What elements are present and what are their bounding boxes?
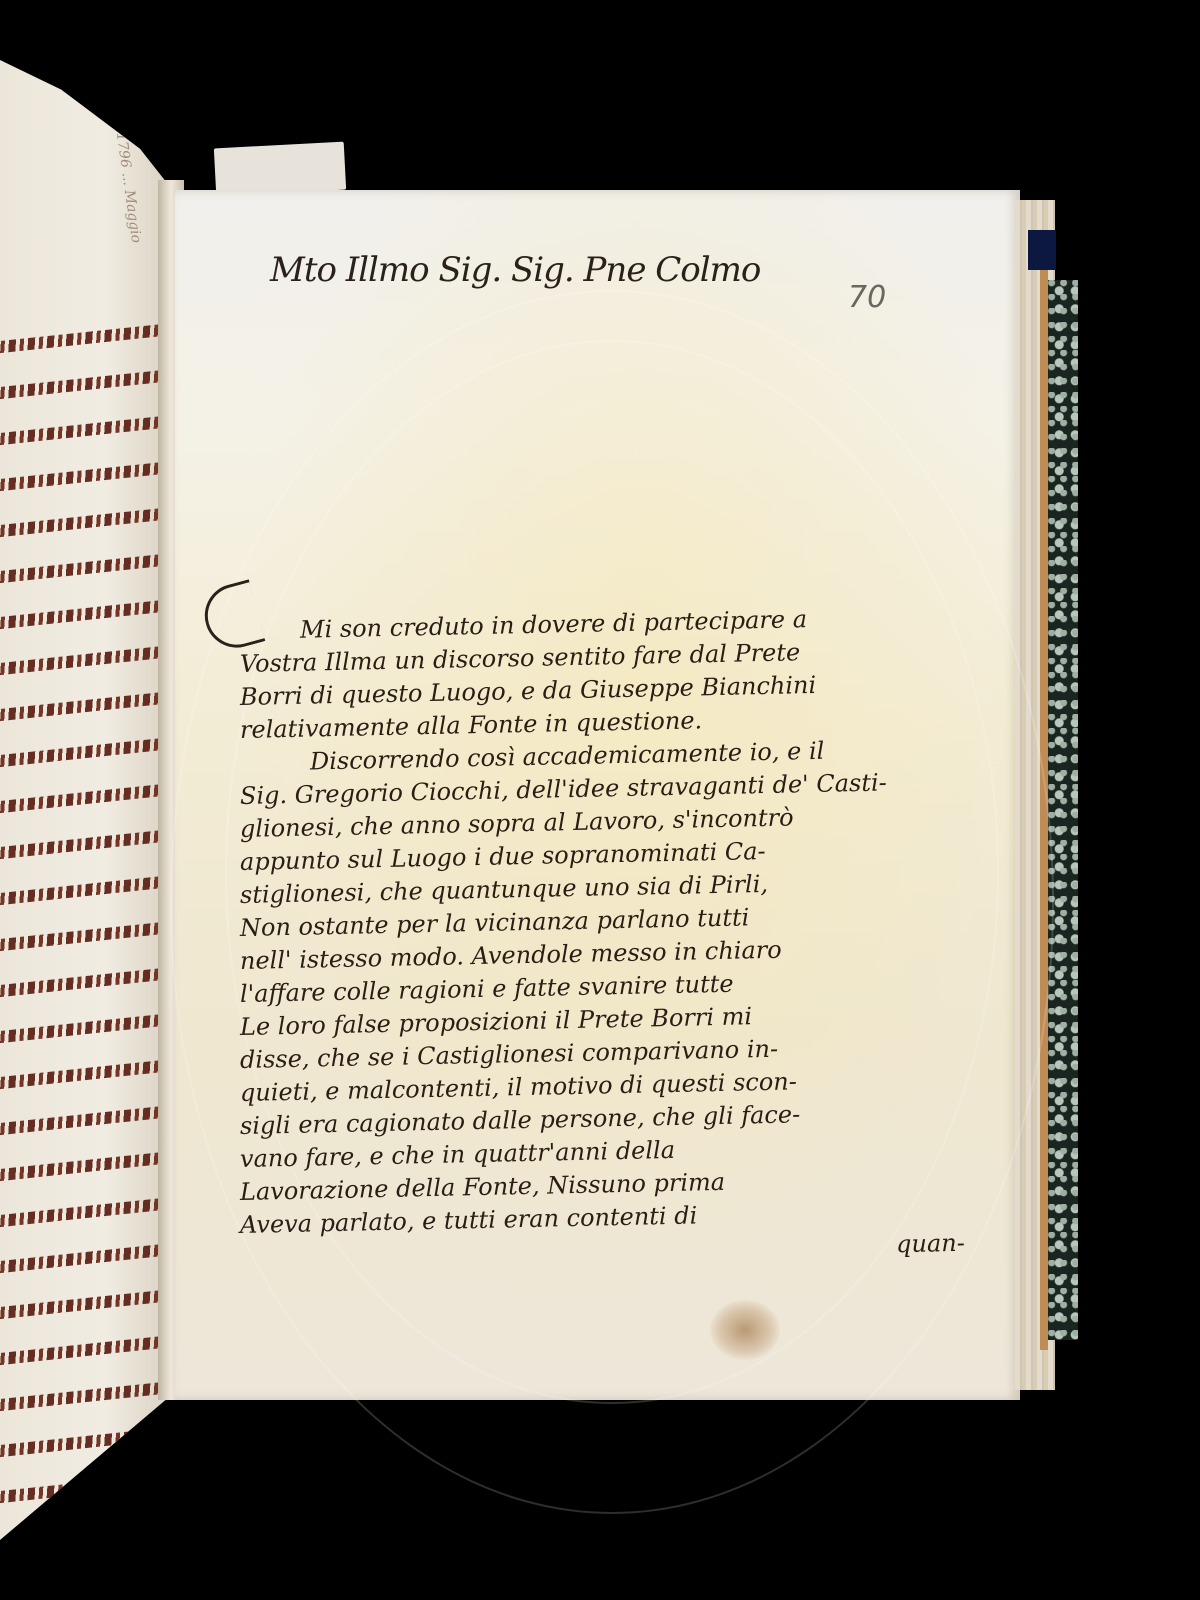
left-page-script-line bbox=[0, 959, 170, 1003]
manuscript-photo: 1796 ... Maggio Mto Illmo Sig. Sig. Pne … bbox=[0, 0, 1200, 1600]
left-page-script-line bbox=[0, 315, 170, 359]
letter-body: Mi son creduto in dovere di partecipare … bbox=[240, 615, 1010, 1275]
paper-tab bbox=[214, 142, 346, 197]
left-page-script-line bbox=[0, 591, 170, 635]
left-page-script-line bbox=[0, 1097, 170, 1141]
left-page-script-line bbox=[0, 729, 170, 773]
left-page-script-line bbox=[0, 1419, 170, 1463]
left-page-script-line bbox=[0, 545, 170, 589]
left-page-script-line bbox=[0, 1005, 170, 1049]
cover-board-corner bbox=[1028, 230, 1056, 270]
left-page-script-line bbox=[0, 775, 170, 819]
left-page-script-line bbox=[0, 1051, 170, 1095]
left-page-script-line bbox=[0, 1143, 170, 1187]
left-page-script-line bbox=[0, 637, 170, 681]
left-page-script-line bbox=[0, 407, 170, 451]
left-page-script-line bbox=[0, 499, 170, 543]
left-page-script-line bbox=[0, 361, 170, 405]
marbled-cover-board bbox=[1048, 280, 1078, 1340]
left-page-text-lines bbox=[0, 315, 170, 1511]
left-page-script-line bbox=[0, 1235, 170, 1279]
left-page-script-line bbox=[0, 683, 170, 727]
page-edge-stain bbox=[1040, 250, 1048, 1350]
left-page-script-line bbox=[0, 821, 170, 865]
left-page-script-line bbox=[0, 1373, 170, 1417]
folio-number: 70 bbox=[848, 280, 886, 315]
left-page-script-line bbox=[0, 1189, 170, 1233]
left-page-script-line bbox=[0, 1281, 170, 1325]
left-page-script-line bbox=[0, 867, 170, 911]
left-page-script-line bbox=[0, 1327, 170, 1371]
left-margin-note: 1796 ... Maggio bbox=[69, 131, 147, 268]
water-stain bbox=[710, 1300, 780, 1360]
salutation-heading: Mto Illmo Sig. Sig. Pne Colmo bbox=[270, 250, 760, 290]
left-page-script-line bbox=[0, 453, 170, 497]
left-page-verso: 1796 ... Maggio bbox=[0, 60, 175, 1540]
left-page-script-line bbox=[0, 1465, 170, 1509]
left-page-script-line bbox=[0, 913, 170, 957]
